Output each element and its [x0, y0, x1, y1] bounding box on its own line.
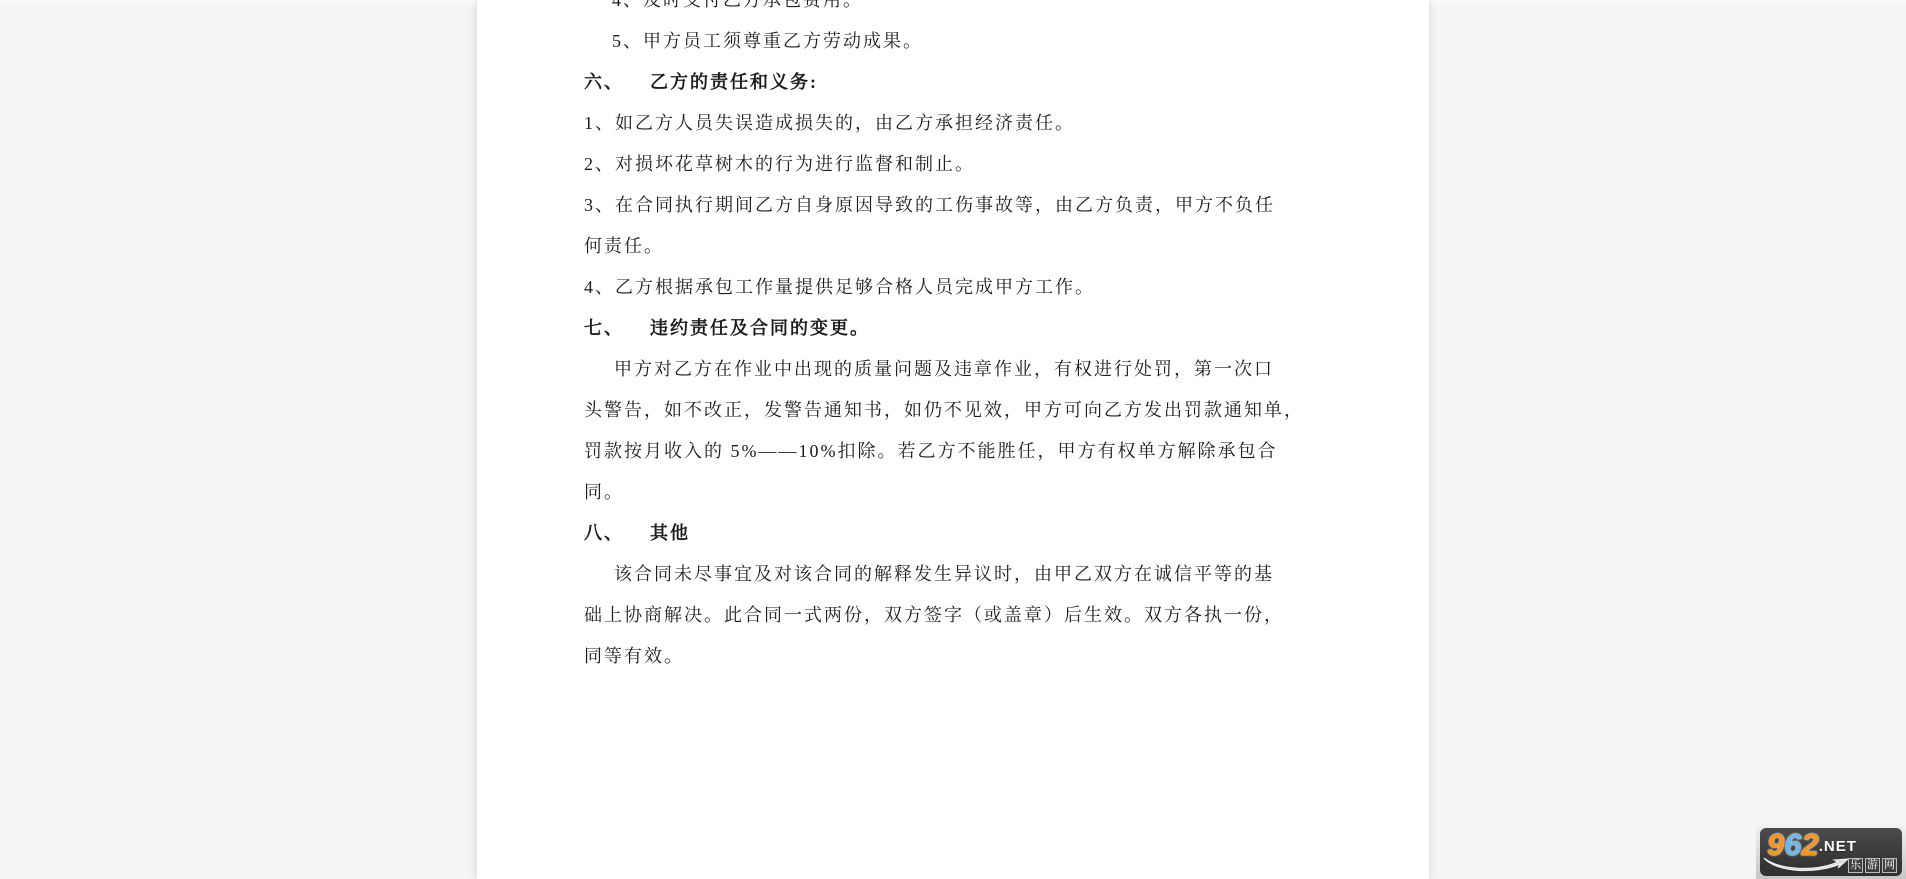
document-text-line: 同等有效。 — [584, 636, 1304, 677]
document-text-line: 头警告，如不改正，发警告通知书，如仍不见效，甲方可向乙方发出罚款通知单， — [584, 390, 1304, 431]
logo-site-name: 乐游网 — [1846, 858, 1897, 873]
heading-title: 其他 — [650, 523, 690, 543]
document-text-line: 甲方对乙方在作业中出现的质量问题及违章作业，有权进行处罚，第一次口 — [584, 349, 1304, 390]
site-name-char: 乐 — [1848, 858, 1863, 873]
heading-number: 六、 — [584, 62, 624, 103]
heading-number: 八、 — [584, 513, 624, 554]
document-text-line: 5、甲方员工须尊重乙方劳动成果。 — [584, 21, 1304, 62]
document-heading-line: 六、乙方的责任和义务: — [584, 62, 1304, 103]
document-text-line: 同。 — [584, 472, 1304, 513]
document-text-line: 础上协商解决。此合同一式两份，双方签字（或盖章）后生效。双方各执一份， — [584, 595, 1304, 636]
site-name-char: 游 — [1865, 858, 1880, 873]
document-text-line: 何责任。 — [584, 226, 1304, 267]
site-name-char: 网 — [1882, 858, 1897, 873]
document-text-line: 3、在合同执行期间乙方自身原因导致的工伤事故等，由乙方负责，甲方不负任 — [584, 185, 1304, 226]
logo-panel: 962.NET 乐游网 — [1760, 828, 1902, 876]
viewer-background: 4、及时支付乙方承包费用。5、甲方员工须尊重乙方劳动成果。六、乙方的责任和义务:… — [0, 0, 1906, 879]
heading-number: 七、 — [584, 308, 624, 349]
document-heading-line: 七、违约责任及合同的变更。 — [584, 308, 1304, 349]
document-text-line: 4、乙方根据承包工作量提供足够合格人员完成甲方工作。 — [584, 267, 1304, 308]
document-text-line: 1、如乙方人员失误造成损失的，由乙方承担经济责任。 — [584, 103, 1304, 144]
heading-title: 违约责任及合同的变更。 — [650, 318, 870, 338]
swoosh-arrow-icon — [1762, 852, 1850, 874]
document-text-line: 4、及时支付乙方承包费用。 — [584, 0, 1304, 21]
document-text-line: 该合同未尽事宜及对该合同的解释发生异议时，由甲乙双方在诚信平等的基 — [584, 554, 1304, 595]
document-text-line: 罚款按月收入的 5%——10%扣除。若乙方不能胜任，甲方有权单方解除承包合 — [584, 431, 1304, 472]
document-text-line: 2、对损坏花草树木的行为进行监督和制止。 — [584, 144, 1304, 185]
heading-title: 乙方的责任和义务: — [650, 72, 818, 92]
document-heading-line: 八、其他 — [584, 513, 1304, 554]
962net-watermark-logo[interactable]: 962.NET 乐游网 — [1756, 824, 1906, 879]
document-page: 4、及时支付乙方承包费用。5、甲方员工须尊重乙方劳动成果。六、乙方的责任和义务:… — [477, 0, 1429, 879]
document-content: 4、及时支付乙方承包费用。5、甲方员工须尊重乙方劳动成果。六、乙方的责任和义务:… — [584, 0, 1304, 677]
